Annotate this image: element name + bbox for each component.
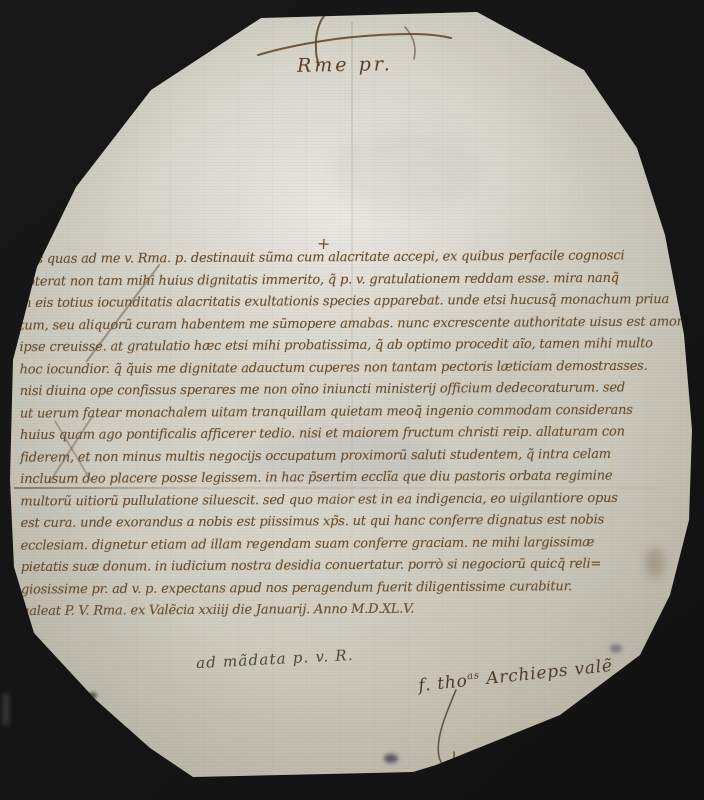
scanned-letter-photo: Rme pr. + lr̃as quas ad me v. Rma. p. de… xyxy=(0,0,704,800)
secretary-note: ad mãdata p. v. R. xyxy=(196,646,355,672)
manuscript-line: huius quam ago pontificalis afficerer te… xyxy=(20,424,690,450)
letter-body: lr̃as quas ad me v. Rma. p. destinauit s… xyxy=(19,248,691,626)
manuscript-line: pietatis suæ donum. in iudicium nostra d… xyxy=(21,556,691,582)
signature-prefix: f. tho xyxy=(417,671,468,696)
pen-flourish-cross-icon xyxy=(255,5,455,67)
horizontal-fold-crease xyxy=(14,487,659,489)
signature-rest: Archieps valẽ xyxy=(479,656,614,690)
manuscript-line: fiderem, et non minus multis negocijs oc… xyxy=(20,446,690,472)
manuscript-line: ut uerum fatear monachalem uitam tranqui… xyxy=(20,402,690,428)
ink-stain xyxy=(550,28,568,39)
manuscript-line: giosissime pr. ad v. p. expectans apud n… xyxy=(21,578,691,604)
manuscript-paper: Rme pr. + lr̃as quas ad me v. Rma. p. de… xyxy=(0,0,704,800)
manuscript-line: lr̃as quas ad me v. Rma. p. destinauit s… xyxy=(19,248,689,274)
ink-stain xyxy=(610,644,622,653)
ink-stain xyxy=(646,548,664,578)
x-scratch-stroke xyxy=(49,416,93,482)
manuscript-line: hoc iocundior. q̃ q̃uis me dignitate ada… xyxy=(20,358,690,384)
manuscript-line: tum, seu aliquorũ curam habentem me sũmo… xyxy=(19,314,689,340)
signature-superscript: as xyxy=(467,670,481,682)
manuscript-line: poterat non tam mihi huius dignitatis im… xyxy=(19,270,689,296)
manuscript-line: nisi diuina ope confissus sperares me no… xyxy=(20,380,690,406)
manuscript-line: in eis totius iocunditatis alacritatis e… xyxy=(19,292,689,318)
signature: f. thoas Archieps valẽ xyxy=(417,656,613,696)
manuscript-line: multorũ uitiorũ pullulatione siluescit. … xyxy=(20,490,690,516)
manuscript-line: ecclesiam. dignetur etiam ad illam regen… xyxy=(21,534,691,560)
background-smudge xyxy=(2,693,10,725)
diagonal-scratch xyxy=(85,264,160,362)
manuscript-line: ipse creuisse. at gratulatio hæc etsi mi… xyxy=(19,336,689,362)
cross-mark-icon: + xyxy=(317,234,331,254)
ink-bleedthrough xyxy=(250,430,440,490)
manuscript-line: inclusum deo placere posse legissem. in … xyxy=(20,468,690,494)
signature-flourish-icon xyxy=(426,688,470,772)
manuscript-line-dateline: ualeat P. V. Rma. ex Valẽcia xxiiij die … xyxy=(21,600,691,626)
address-docket-note: Rme pr. xyxy=(297,53,393,77)
ink-bleedthrough xyxy=(330,130,480,210)
vertical-fold-crease xyxy=(351,22,353,582)
ink-stain xyxy=(384,754,398,763)
x-scratch-stroke xyxy=(54,421,91,482)
ink-stain xyxy=(88,692,97,699)
manuscript-line: est cura. unde exorandus a nobis est pii… xyxy=(20,512,690,538)
